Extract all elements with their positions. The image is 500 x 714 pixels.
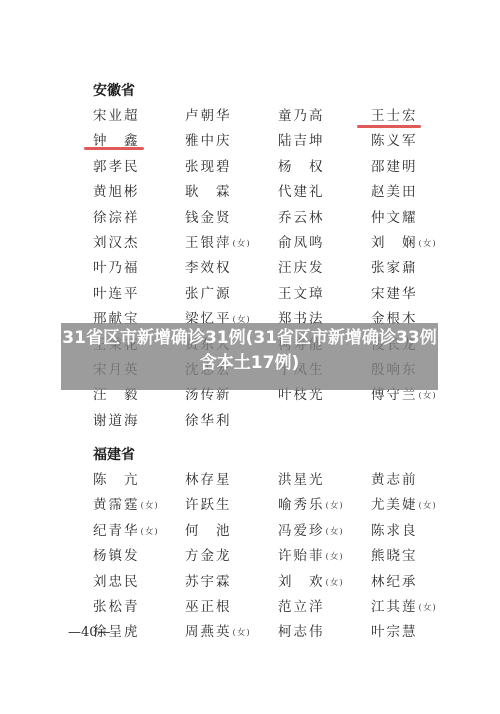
name-entry: 杨镇发 <box>93 544 140 564</box>
name-entry: 王文璋 <box>278 282 325 302</box>
name-entry: 仲文耀 <box>371 206 418 226</box>
name-entry: 黄旭彬 <box>93 180 140 200</box>
female-marker: (女) <box>326 552 344 562</box>
person-name: 黄旭彬 <box>93 184 140 200</box>
name-entry: 林存星 <box>185 468 232 488</box>
name-entry: 周燕英(女) <box>185 620 251 640</box>
person-name: 林纪承 <box>371 574 418 590</box>
name-entry: 汪庆发 <box>278 256 325 276</box>
name-entry: 王士宏 <box>371 104 418 124</box>
female-marker: (女) <box>141 501 159 511</box>
person-name: 林存星 <box>185 472 232 488</box>
person-name: 汪庆发 <box>278 260 325 276</box>
person-name: 徐华利 <box>185 413 232 429</box>
person-name: 李效权 <box>185 260 232 276</box>
name-entry: 叶乃福 <box>93 256 140 276</box>
person-name: 洪星光 <box>278 472 325 488</box>
name-row: 黄霈霆(女)许跃生喻秀乐(女)尤美婕(女) <box>0 493 500 515</box>
person-name: 纪青华 <box>93 523 140 539</box>
name-entry: 林纪承 <box>371 570 418 590</box>
name-entry: 叶宗慧 <box>371 620 418 640</box>
person-name: 王银萍 <box>185 235 232 251</box>
female-marker: (女) <box>233 628 251 638</box>
name-entry: 童乃高 <box>278 104 325 124</box>
name-entry: 徐华利 <box>185 409 232 429</box>
name-entry: 钱金贤 <box>185 206 232 226</box>
person-name: 刘 欢 <box>278 574 325 590</box>
name-entry: 刘 娴(女) <box>371 231 437 251</box>
name-entry: 徐淙祥 <box>93 206 140 226</box>
name-entry: 邵建明 <box>371 155 418 175</box>
person-name: 王文璋 <box>278 286 325 302</box>
person-name: 熊晓宝 <box>371 548 418 564</box>
person-name: 郭孝民 <box>93 159 140 175</box>
person-name: 喻秀乐 <box>278 497 325 513</box>
person-name: 巫正根 <box>185 599 232 615</box>
name-row: 钟 鑫雅中庆陆吉坤陈义军 <box>0 129 500 151</box>
person-name: 方金龙 <box>185 548 232 564</box>
name-row: 郭孝民张现碧杨 权邵建明 <box>0 155 500 177</box>
person-name: 刘汉杰 <box>93 235 140 251</box>
name-entry: 方金龙 <box>185 544 232 564</box>
name-row: 刘汉杰王银萍(女)俞凤鸣刘 娴(女) <box>0 231 500 253</box>
person-name: 仲文耀 <box>371 210 418 226</box>
name-row: 叶连平张广源王文璋宋建华 <box>0 282 500 304</box>
name-entry: 俞凤鸣 <box>278 231 325 251</box>
name-row: 陈 亢林存星洪星光黄志前 <box>0 468 500 490</box>
name-entry: 卢朝华 <box>185 104 232 124</box>
person-name: 陈 亢 <box>93 472 140 488</box>
name-entry: 郭孝民 <box>93 155 140 175</box>
name-entry: 刘忠民 <box>93 570 140 590</box>
highlight-underline-zhongxin <box>84 147 144 150</box>
name-entry: 杨 权 <box>278 155 325 175</box>
person-name: 范立洋 <box>278 599 325 615</box>
person-name: 杨 权 <box>278 159 325 175</box>
person-name: 叶宗慧 <box>371 624 418 640</box>
name-entry: 王银萍(女) <box>185 231 251 251</box>
person-name: 叶乃福 <box>93 260 140 276</box>
person-name: 江其莲 <box>371 599 418 615</box>
female-marker: (女) <box>326 527 344 537</box>
person-name: 许贻菲 <box>278 548 325 564</box>
name-entry: 喻秀乐(女) <box>278 493 344 513</box>
person-name: 徐淙祥 <box>93 210 140 226</box>
name-entry: 叶连平 <box>93 282 140 302</box>
female-marker: (女) <box>419 239 437 249</box>
name-entry: 黄霈霆(女) <box>93 493 159 513</box>
name-entry: 耿 霖 <box>185 180 232 200</box>
section-title-anhui: 安徽省 <box>93 80 135 100</box>
person-name: 雅中庆 <box>185 133 232 149</box>
name-entry: 张广源 <box>185 282 232 302</box>
name-entry: 洪星光 <box>278 468 325 488</box>
female-marker: (女) <box>419 391 437 401</box>
name-entry: 江其莲(女) <box>371 595 437 615</box>
female-marker: (女) <box>233 239 251 249</box>
person-name: 陈求良 <box>371 523 418 539</box>
female-marker: (女) <box>141 527 159 537</box>
document-page: 安徽省 宋业超卢朝华童乃高王士宏钟 鑫雅中庆陆吉坤陈义军郭孝民张现碧杨 权邵建明… <box>0 0 500 714</box>
person-name: 谢道海 <box>93 413 140 429</box>
name-entry: 许贻菲(女) <box>278 544 344 564</box>
name-entry: 宋业超 <box>93 104 140 124</box>
name-entry: 熊晓宝 <box>371 544 418 564</box>
person-name: 耿 霖 <box>185 184 232 200</box>
name-row: 纪青华(女)何 池冯爱珍(女)陈求良 <box>0 519 500 541</box>
name-entry: 雅中庆 <box>185 129 232 149</box>
person-name: 王士宏 <box>371 108 418 124</box>
name-entry: 陈义军 <box>371 129 418 149</box>
name-entry: 范立洋 <box>278 595 325 615</box>
name-row: 张松青巫正根范立洋江其莲(女) <box>0 595 500 617</box>
name-row: 宋业超卢朝华童乃高王士宏 <box>0 104 500 126</box>
person-name: 陆吉坤 <box>278 133 325 149</box>
female-marker: (女) <box>419 603 437 613</box>
name-entry: 陈 亢 <box>93 468 140 488</box>
highlight-underline-wangshihong <box>357 125 421 128</box>
name-entry: 柯志伟 <box>278 620 325 640</box>
person-name: 宋业超 <box>93 108 140 124</box>
female-marker: (女) <box>419 501 437 511</box>
name-entry: 陆吉坤 <box>278 129 325 149</box>
name-row: 徐淙祥钱金贤乔云林仲文耀 <box>0 206 500 228</box>
person-name: 冯爱珍 <box>278 523 325 539</box>
person-name: 邵建明 <box>371 159 418 175</box>
name-entry: 谢道海 <box>93 409 140 429</box>
name-entry: 纪青华(女) <box>93 519 159 539</box>
name-entry: 何 池 <box>185 519 232 539</box>
name-entry: 张松青 <box>93 595 140 615</box>
person-name: 赵美田 <box>371 184 418 200</box>
page-number: —40— <box>68 625 111 640</box>
name-entry: 张家鼐 <box>371 256 418 276</box>
name-entry: 黄志前 <box>371 468 418 488</box>
person-name: 黄志前 <box>371 472 418 488</box>
name-entry: 陈求良 <box>371 519 418 539</box>
person-name: 钱金贤 <box>185 210 232 226</box>
person-name: 刘忠民 <box>93 574 140 590</box>
person-name: 张松青 <box>93 599 140 615</box>
person-name: 童乃高 <box>278 108 325 124</box>
person-name: 许跃生 <box>185 497 232 513</box>
name-entry: 张现碧 <box>185 155 232 175</box>
name-row: 谢道海徐华利 <box>0 409 500 431</box>
person-name: 张现碧 <box>185 159 232 175</box>
name-entry: 苏宇霖 <box>185 570 232 590</box>
person-name: 代建礼 <box>278 184 325 200</box>
name-entry: 乔云林 <box>278 206 325 226</box>
person-name: 周燕英 <box>185 624 232 640</box>
person-name: 叶连平 <box>93 286 140 302</box>
name-row: 杨镇发方金龙许贻菲(女)熊晓宝 <box>0 544 500 566</box>
name-entry: 代建礼 <box>278 180 325 200</box>
name-entry: 刘汉杰 <box>93 231 140 251</box>
section-title-fujian: 福建省 <box>93 444 135 464</box>
person-name: 杨镇发 <box>93 548 140 564</box>
person-name: 卢朝华 <box>185 108 232 124</box>
person-name: 尤美婕 <box>371 497 418 513</box>
person-name: 何 池 <box>185 523 232 539</box>
person-name: 柯志伟 <box>278 624 325 640</box>
person-name: 乔云林 <box>278 210 325 226</box>
person-name: 宋建华 <box>371 286 418 302</box>
name-entry: 冯爱珍(女) <box>278 519 344 539</box>
name-entry: 李效权 <box>185 256 232 276</box>
female-marker: (女) <box>326 578 344 588</box>
name-entry: 巫正根 <box>185 595 232 615</box>
headline-overlay-text: 31省区市新增确诊31例(31省区市新增确诊33例含本土17例) <box>61 326 438 376</box>
person-name: 苏宇霖 <box>185 574 232 590</box>
person-name: 陈义军 <box>371 133 418 149</box>
name-entry: 尤美婕(女) <box>371 493 437 513</box>
name-row: 叶乃福李效权汪庆发张家鼐 <box>0 256 500 278</box>
name-entry: 赵美田 <box>371 180 418 200</box>
person-name: 俞凤鸣 <box>278 235 325 251</box>
person-name: 张家鼐 <box>371 260 418 276</box>
female-marker: (女) <box>326 501 344 511</box>
name-entry: 许跃生 <box>185 493 232 513</box>
person-name: 张广源 <box>185 286 232 302</box>
name-row: 刘忠民苏宇霖刘 欢(女)林纪承 <box>0 570 500 592</box>
name-entry: 刘 欢(女) <box>278 570 344 590</box>
name-row: 黄旭彬耿 霖代建礼赵美田 <box>0 180 500 202</box>
person-name: 刘 娴 <box>371 235 418 251</box>
name-entry: 宋建华 <box>371 282 418 302</box>
person-name: 黄霈霆 <box>93 497 140 513</box>
